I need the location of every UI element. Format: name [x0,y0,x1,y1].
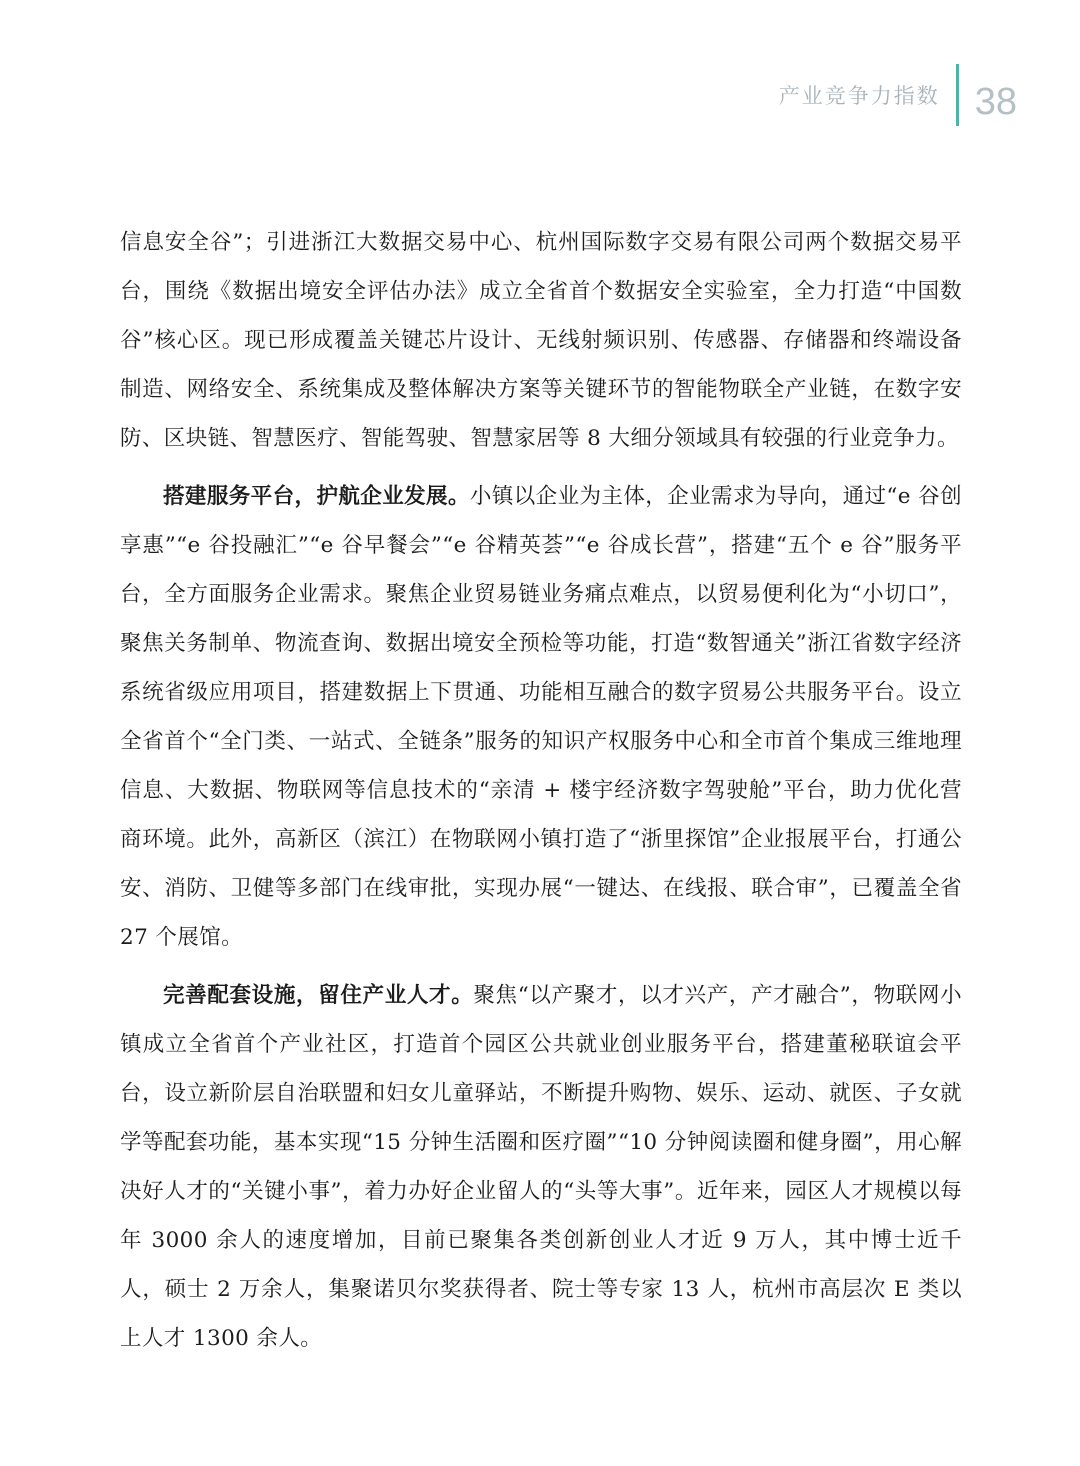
document-page: { "header": { "section_label": "产业竞争力指数"… [0,0,1080,1466]
header-divider-line [956,64,959,126]
section-label: 产业竞争力指数 [779,80,940,110]
paragraph-talent-facilities: 完善配套设施，留住产业人才。聚焦“以产聚才，以才兴产，产才融合”，物联网小镇成立… [120,971,962,1363]
paragraph-lead: 完善配套设施，留住产业人才。 [163,983,473,1008]
body-text: 信息安全谷”；引进浙江大数据交易中心、杭州国际数字交易有限公司两个数据交易平台，… [120,218,962,1372]
paragraph-lead: 搭建服务平台，护航企业发展。 [163,484,470,509]
paragraph-text: 聚焦“以产聚才，以才兴产，产才融合”，物联网小镇成立全省首个产业社区，打造首个园… [120,983,962,1351]
running-header: 产业竞争力指数 38 [779,62,1017,128]
paragraph-service-platform: 搭建服务平台，护航企业发展。小镇以企业为主体，企业需求为导向，通过“e 谷创享惠… [120,472,962,962]
paragraph-text: 小镇以企业为主体，企业需求为导向，通过“e 谷创享惠”“e 谷投融汇”“e 谷早… [120,484,962,950]
paragraph-continuation: 信息安全谷”；引进浙江大数据交易中心、杭州国际数字交易有限公司两个数据交易平台，… [120,218,962,463]
paragraph-text: 信息安全谷”；引进浙江大数据交易中心、杭州国际数字交易有限公司两个数据交易平台，… [120,230,962,451]
page-number: 38 [975,67,1017,124]
